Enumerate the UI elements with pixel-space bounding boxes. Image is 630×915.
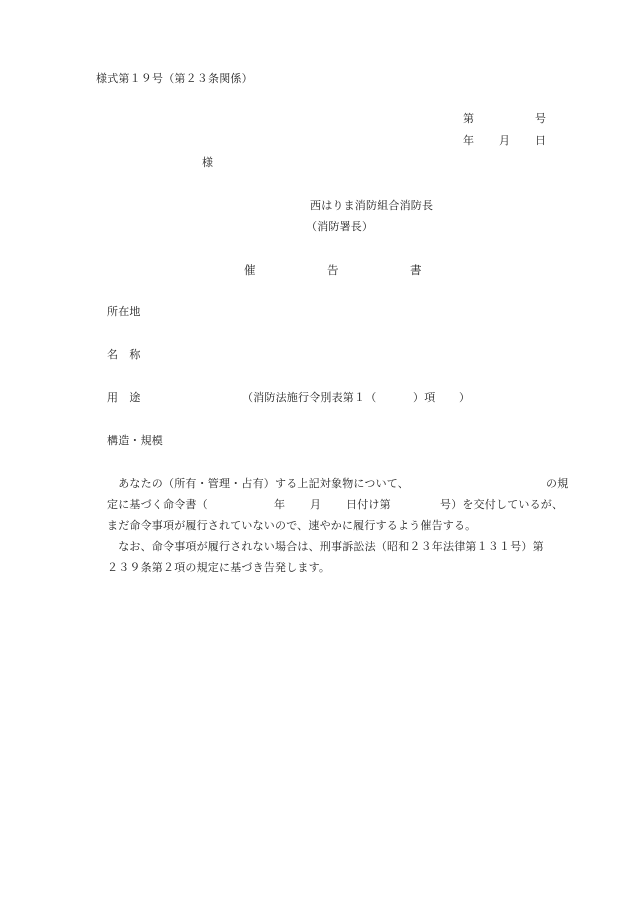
p2-line1: なお、命令事項が履行されない場合は、刑事訴訟法（昭和２３年法律第１３１号）第 <box>107 540 544 554</box>
date-month: 月 <box>499 134 510 148</box>
field-structure-label: 構造・規模 <box>107 434 163 448</box>
p1-line2-day: 日付け第 <box>346 498 391 512</box>
title-char-3: 書 <box>410 263 422 277</box>
field-usage-label: 用 途 <box>107 391 141 405</box>
number-prefix: 第 <box>463 112 474 126</box>
usage-note-end: ） <box>459 391 470 405</box>
field-name-label: 名 称 <box>107 348 141 362</box>
issuer-line1: 西はりま消防組合消防長 <box>310 199 433 213</box>
p1-line2-b: 号）を交付しているが、 <box>440 498 563 512</box>
p1-line2-year: 年 <box>274 498 285 512</box>
title-char-1: 催 <box>244 263 256 277</box>
title-char-2: 告 <box>327 263 339 277</box>
p1-line2-month: 月 <box>310 498 321 512</box>
usage-note-prefix: （消防法施行令別表第１（ <box>242 391 376 405</box>
date-day: 日 <box>535 134 546 148</box>
p1-line1-a: あなたの（所有・管理・占有）する上記対象物について、 <box>107 477 409 491</box>
p1-line1-b: の規 <box>546 477 568 491</box>
addressee-suffix: 様 <box>202 156 213 170</box>
p1-line2-a: 定に基づく命令書（ <box>107 498 208 512</box>
p1-line3: まだ命令事項が履行されていないので、速やかに履行するよう催告する。 <box>107 519 476 533</box>
form-label: 様式第１９号（第２３条関係） <box>96 72 253 86</box>
date-year: 年 <box>463 134 474 148</box>
field-location-label: 所在地 <box>107 305 141 319</box>
usage-note-mid: ）項 <box>413 391 435 405</box>
issuer-line2: （消防署長） <box>306 220 373 234</box>
number-suffix: 号 <box>535 112 546 126</box>
p2-line2: ２３９条第２項の規定に基づき告発します。 <box>107 561 330 575</box>
